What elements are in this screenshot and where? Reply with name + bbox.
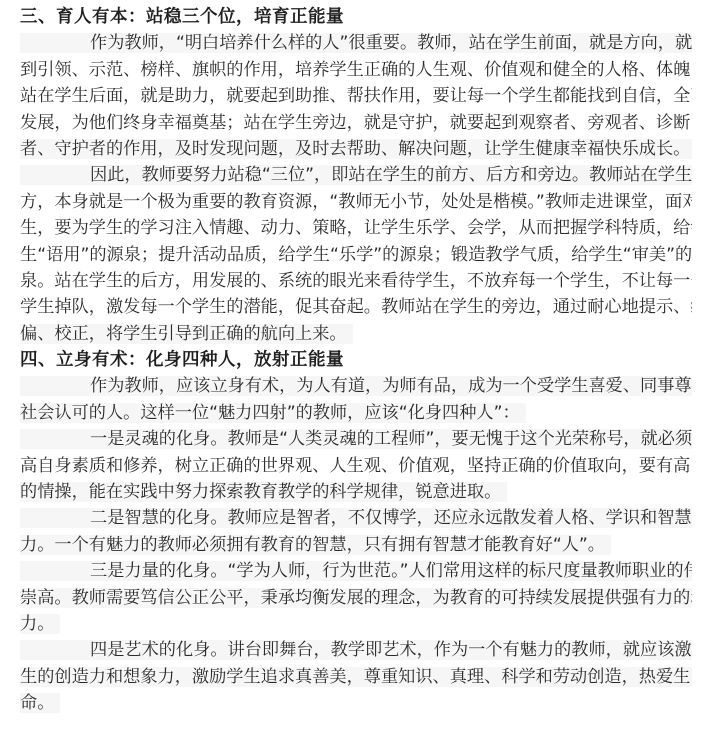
text-line: 一是灵魂的化身。教师是“人类灵魂的工程师”，要无愧于这个光荣称号，就必须全面提: [20, 426, 692, 452]
paragraph: 四是艺术的化身。讲台即舞台，教学即艺术，作为一个有魅力的教师，就应该激活学 生的…: [20, 637, 692, 716]
text-line: 生“语用”的源泉；提升活动品质，给学生“乐学”的源泉；锻造教学气质，给学生“审美…: [20, 242, 692, 268]
text-line: 力。: [20, 611, 692, 637]
text-line-content: 生的创造力和想象力，激励学生追求真善美，尊重知识、真理、科学和劳动创造，热爱生: [20, 667, 692, 687]
text-line-content: 社会认可的人。这样一位“魅力四射”的教师，应该“化身四种人”：: [20, 403, 526, 423]
text-line: 作为教师，“明白培养什么样的人”很重要。教师，站在学生前面，就是方向，就要起: [20, 30, 692, 56]
text-line-content: 生“语用”的源泉；提升活动品质，给学生“乐学”的源泉；锻造教学气质，给学生“审美…: [20, 245, 692, 265]
paragraph: 二是智慧的化身。教师应是智者，不仅博学，还应永远散发着人格、学识和智慧的魅 力。…: [20, 505, 692, 558]
text-line-content: 泉。站在学生的后方，用发展的、系统的眼光来看待学生，不放弃每一个学生，不让每一个: [20, 271, 692, 291]
text-line: 的情操，能在实践中努力探索教育教学的科学规律，锐意进取。: [20, 479, 692, 505]
paragraph: 因此，教师要努力站稳“三位”，即站在学生的前方、后方和旁边。教师站在学生的前 方…: [20, 162, 692, 347]
text-line-content: 崇高。教师需要笃信公正公平，秉承均衡发展的理念，为教育的可持续发展提供强有力的动: [20, 588, 692, 608]
text-line: 生的创造力和想象力，激励学生追求真善美，尊重知识、真理、科学和劳动创造，热爱生: [20, 664, 692, 690]
text-line-content: 站在学生后面，就是助力，就要起到助推、帮扶作用，要让每一个学生都能找到自信，全面: [20, 86, 692, 106]
text-line: 泉。站在学生的后方，用发展的、系统的眼光来看待学生，不放弃每一个学生，不让每一个: [20, 268, 692, 294]
text-line: 四是艺术的化身。讲台即舞台，教学即艺术，作为一个有魅力的教师，就应该激活学: [20, 637, 692, 663]
text-line-content: 高自身素质和修养，树立正确的世界观、人生观、价值观，坚持正确的价值取向，要有高尚: [20, 456, 692, 476]
text-line: 站在学生后面，就是助力，就要起到助推、帮扶作用，要让每一个学生都能找到自信，全面: [20, 83, 692, 109]
text-line-content: 命。: [20, 693, 60, 713]
text-line: 方，本身就是一个极为重要的教育资源，“教师无小节，处处是楷模。”教师走进课堂，面…: [20, 189, 692, 215]
paragraph: 三是力量的化身。“学为人师，行为世范。”人们常用这样的标尺度量教师职业的伟大与 …: [20, 558, 692, 637]
text-line-content: 作为教师，应该立身有术，为人有道，为师有品，成为一个受学生喜爱、同事尊重、: [20, 376, 692, 396]
text-line-content: 发展，为他们终身幸福奠基；站在学生旁边，就是守护，就要起到观察者、旁观者、诊断: [20, 113, 690, 133]
text-line-content: 一是灵魂的化身。教师是“人类灵魂的工程师”，要无愧于这个光荣称号，就必须全面提: [20, 429, 692, 449]
text-line: 二是智慧的化身。教师应是智者，不仅博学，还应永远散发着人格、学识和智慧的魅: [20, 505, 692, 531]
text-line: 崇高。教师需要笃信公正公平，秉承均衡发展的理念，为教育的可持续发展提供强有力的动: [20, 585, 692, 611]
text-line: 因此，教师要努力站稳“三位”，即站在学生的前方、后方和旁边。教师站在学生的前: [20, 162, 692, 188]
text-line-content: 二是智慧的化身。教师应是智者，不仅博学，还应永远散发着人格、学识和智慧的魅: [20, 508, 692, 528]
text-line: 者、守护者的作用，及时发现问题，及时去帮助、解决问题，让学生健康幸福快乐成长。: [20, 136, 692, 162]
text-line: 偏、校正，将学生引导到正确的航向上来。: [20, 321, 692, 347]
text-line: 作为教师，应该立身有术，为人有道，为师有品，成为一个受学生喜爱、同事尊重、: [20, 373, 692, 399]
text-line-content: 者、守护者的作用，及时发现问题，及时去帮助、解决问题，让学生健康幸福快乐成长。: [20, 139, 692, 159]
text-line-content: 四是艺术的化身。讲台即舞台，教学即艺术，作为一个有魅力的教师，就应该激活学: [20, 640, 692, 660]
text-line-content: 力。: [20, 614, 60, 634]
article-body: 三、育人有本：站稳三个位，培育正能量 作为教师，“明白培养什么样的人”很重要。教…: [20, 4, 692, 717]
text-line: 社会认可的人。这样一位“魅力四射”的教师，应该“化身四种人”：: [20, 400, 692, 426]
text-line-content: 方，本身就是一个极为重要的教育资源，“教师无小节，处处是楷模。”教师走进课堂，面…: [20, 192, 692, 212]
text-line: 生，要为学生的学习注入情趣、动力、策略，让学生乐学、会学，从而把握学科特质，给学: [20, 215, 692, 241]
paragraph: 作为教师，“明白培养什么样的人”很重要。教师，站在学生前面，就是方向，就要起 到…: [20, 30, 692, 162]
text-line: 命。: [20, 690, 692, 716]
section-heading-3: 三、育人有本：站稳三个位，培育正能量: [20, 4, 692, 30]
text-line-content: 偏、校正，将学生引导到正确的航向上来。: [20, 324, 353, 344]
text-line: 力。一个有魅力的教师必须拥有教育的智慧，只有拥有智慧才能教育好“人”。: [20, 532, 692, 558]
text-line: 学生掉队，激发每一个学生的潜能，促其奋起。教师站在学生的旁边，通过耐心地提示、纠: [20, 294, 692, 320]
text-line-content: 三是力量的化身。“学为人师，行为世范。”人们常用这样的标尺度量教师职业的伟大与: [20, 561, 692, 581]
text-line: 到引领、示范、榜样、旗帜的作用，培养学生正确的人生观、价值观和健全的人格、体魄；: [20, 57, 692, 83]
text-line-content: 因此，教师要努力站稳“三位”，即站在学生的前方、后方和旁边。教师站在学生的前: [20, 165, 692, 185]
text-line-content: 力。一个有魅力的教师必须拥有教育的智慧，只有拥有智慧才能教育好“人”。: [20, 535, 611, 555]
text-line: 三是力量的化身。“学为人师，行为世范。”人们常用这样的标尺度量教师职业的伟大与: [20, 558, 692, 584]
text-line-content: 生，要为学生的学习注入情趣、动力、策略，让学生乐学、会学，从而把握学科特质，给学: [20, 218, 692, 238]
paragraph: 一是灵魂的化身。教师是“人类灵魂的工程师”，要无愧于这个光荣称号，就必须全面提 …: [20, 426, 692, 505]
text-line: 高自身素质和修养，树立正确的世界观、人生观、价值观，坚持正确的价值取向，要有高尚: [20, 453, 692, 479]
text-line-content: 的情操，能在实践中努力探索教育教学的科学规律，锐意进取。: [20, 482, 507, 502]
text-line: 发展，为他们终身幸福奠基；站在学生旁边，就是守护，就要起到观察者、旁观者、诊断: [20, 110, 692, 136]
section-heading-4: 四、立身有术：化身四种人，放射正能量: [20, 347, 692, 373]
text-line-content: 到引领、示范、榜样、旗帜的作用，培养学生正确的人生观、价值观和健全的人格、体魄；: [20, 60, 692, 80]
text-line-content: 学生掉队，激发每一个学生的潜能，促其奋起。教师站在学生的旁边，通过耐心地提示、纠: [20, 297, 692, 317]
text-line-content: 作为教师，“明白培养什么样的人”很重要。教师，站在学生前面，就是方向，就要起: [20, 33, 692, 53]
paragraph: 作为教师，应该立身有术，为人有道，为师有品，成为一个受学生喜爱、同事尊重、 社会…: [20, 373, 692, 426]
